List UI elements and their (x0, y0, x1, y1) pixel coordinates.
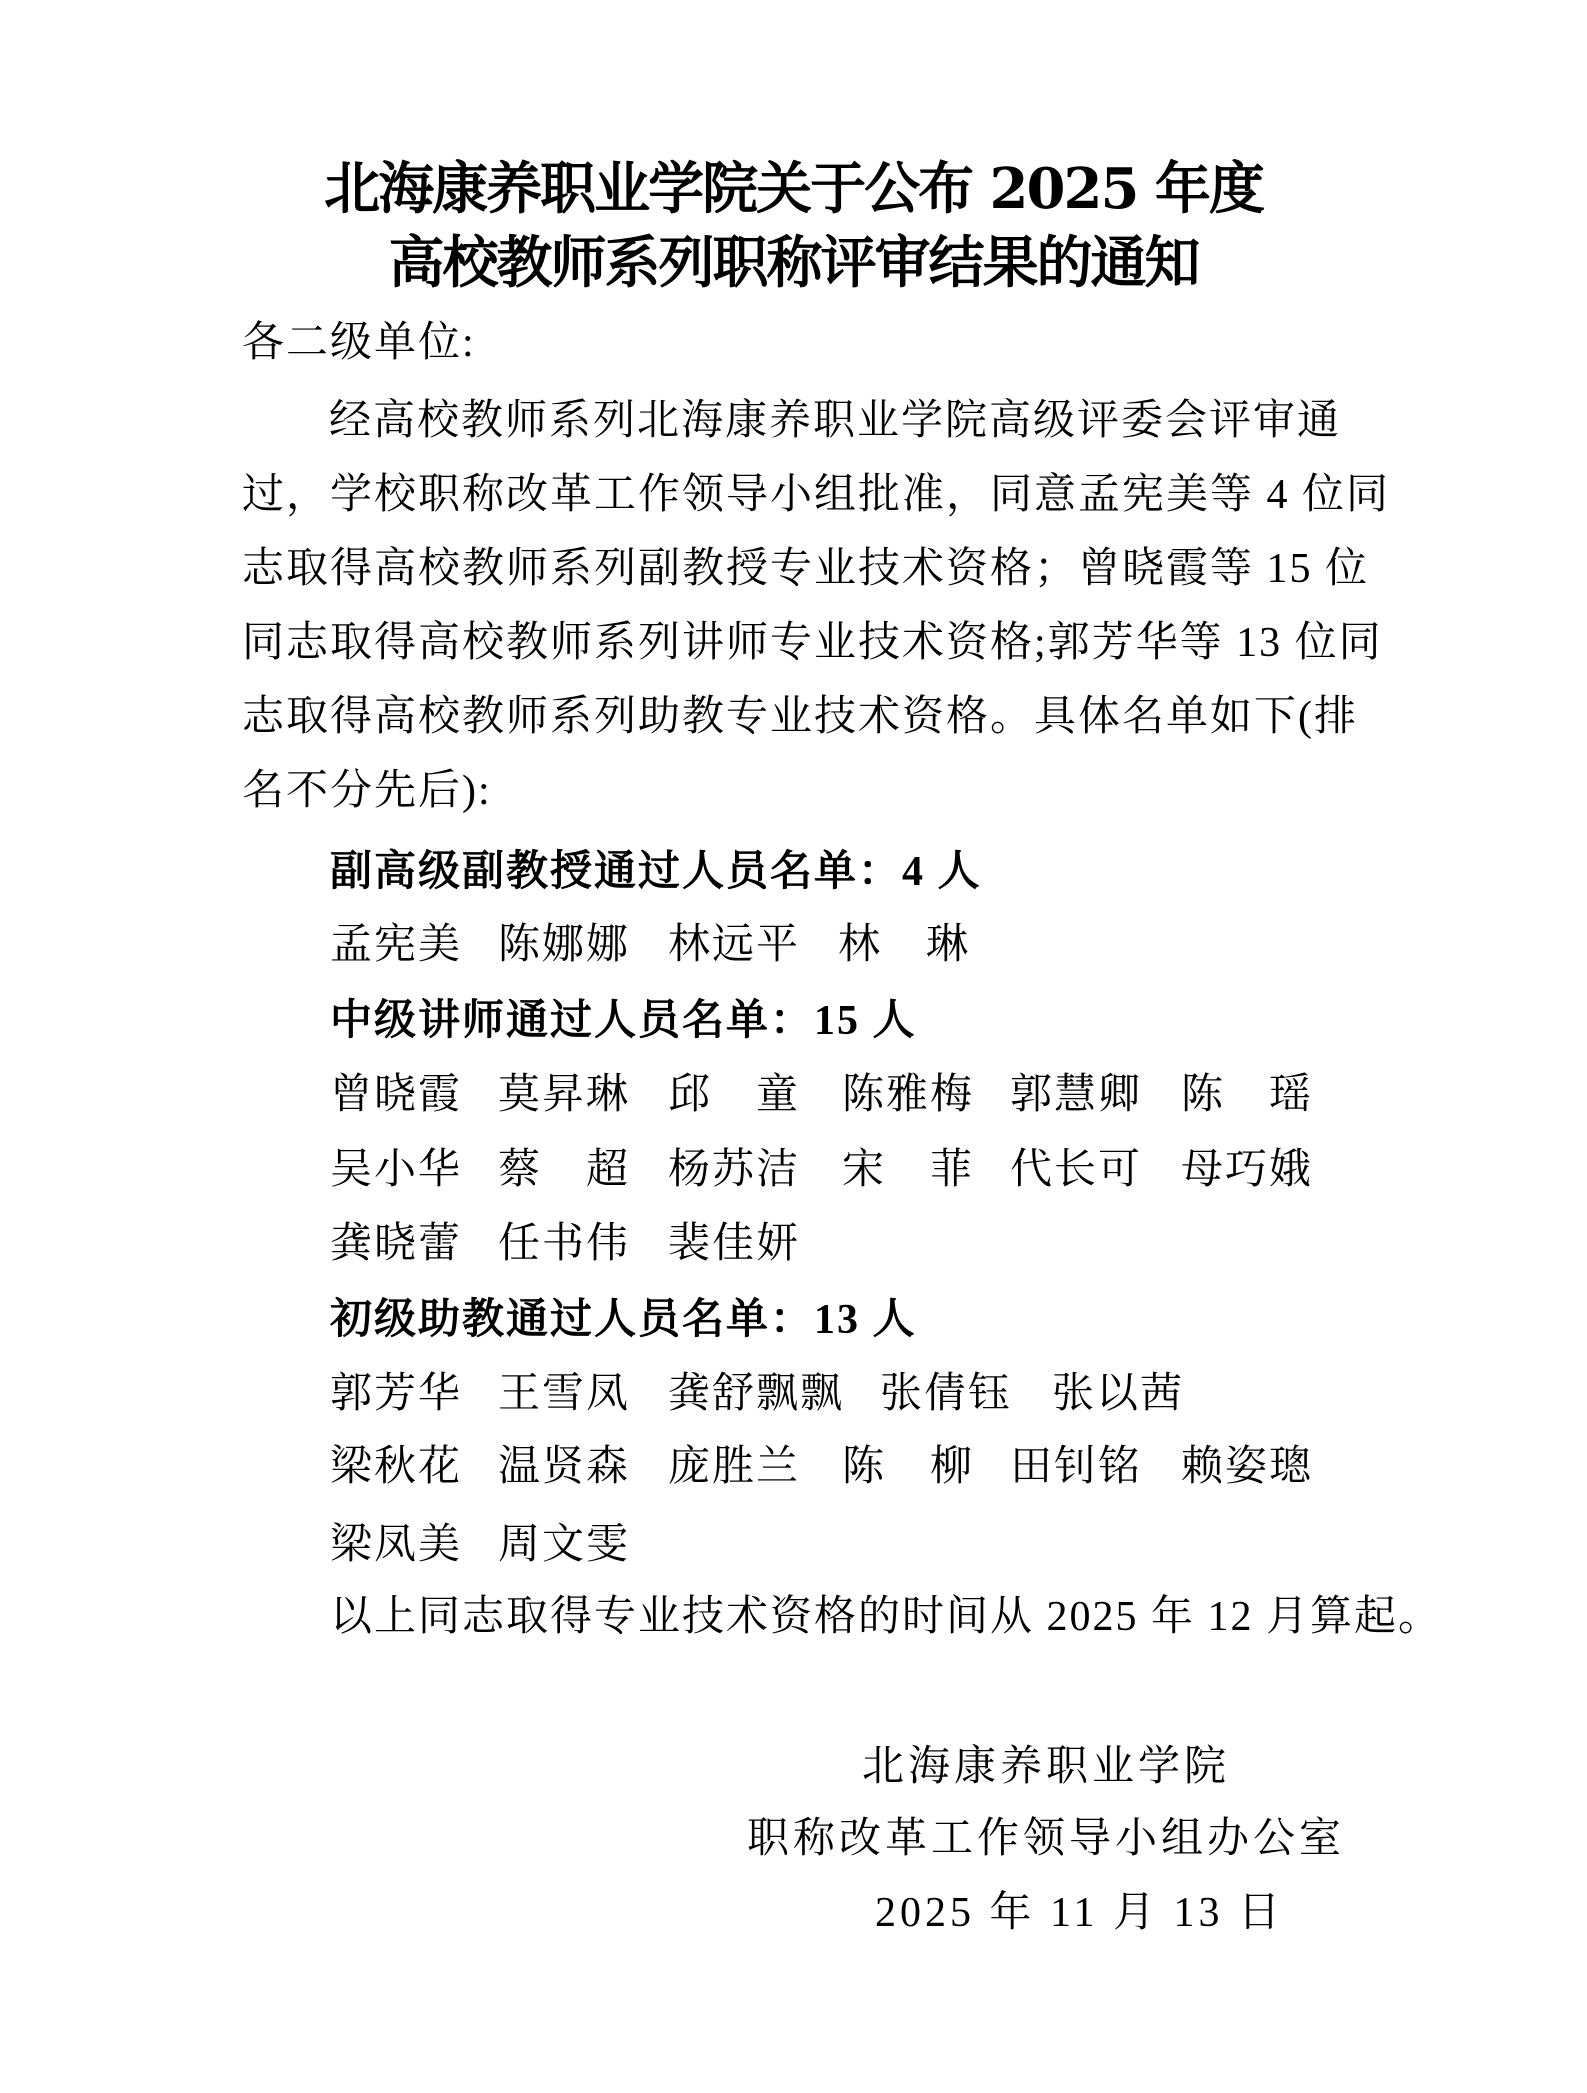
person-name: 周文雯 (498, 1508, 630, 1582)
document-title-line-2: 高校教师系列职称评审结果的通知 (0, 226, 1587, 300)
person-name: 陈娜娜 (498, 908, 630, 982)
person-name: 林远平 (668, 908, 800, 982)
person-name: 庞胜兰 (668, 1430, 800, 1504)
document-page: 北海康养职业学院关于公布 2025 年度 高校教师系列职称评审结果的通知 各二级… (0, 0, 1587, 2093)
person-name: 温贤森 (498, 1430, 630, 1504)
person-name: 吴小华 (330, 1133, 462, 1207)
person-name: 张以茜 (1052, 1357, 1184, 1431)
person-name: 曾晓霞 (330, 1058, 462, 1132)
person-name: 莫昇琳 (498, 1058, 630, 1132)
person-name: 孟宪美 (330, 908, 462, 982)
person-name: 裴佳妍 (668, 1207, 800, 1281)
person-name: 田钊铭 (1010, 1430, 1142, 1504)
section-heading: 初级助教通过人员名单：13 人 (330, 1283, 917, 1357)
paragraph-line: 志取得高校教师系列副教授专业技术资格；曾晓霞等 15 位 (242, 532, 1369, 606)
paragraph-line: 志取得高校教师系列助教专业技术资格。具体名单如下(排 (242, 680, 1358, 754)
section-heading: 中级讲师通过人员名单：15 人 (330, 984, 917, 1058)
person-name: 代长可 (1010, 1133, 1142, 1207)
document-title-line-1: 北海康养职业学院关于公布 2025 年度 (0, 152, 1587, 226)
person-name: 张倩钰 (880, 1357, 1012, 1431)
closing-statement: 以上同志取得专业技术资格的时间从 2025 年 12 月算起。 (330, 1580, 1442, 1654)
paragraph-line: 经高校教师系列北海康养职业学院高级评委会评审通 (329, 384, 1341, 458)
person-name: 蔡 超 (498, 1133, 630, 1207)
salutation: 各二级单位: (242, 306, 476, 380)
person-name: 陈雅梅 (842, 1058, 974, 1132)
paragraph-line: 名不分先后): (242, 754, 492, 828)
person-name: 郭慧卿 (1010, 1058, 1142, 1132)
section-heading: 副高级副教授通过人员名单：4 人 (330, 835, 982, 909)
person-name: 陈 柳 (842, 1430, 974, 1504)
paragraph-line: 同志取得高校教师系列讲师专业技术资格;郭芳华等 13 位同 (242, 606, 1383, 680)
person-name: 郭芳华 (330, 1357, 462, 1431)
person-name: 梁凤美 (330, 1508, 462, 1582)
person-name: 母巧娥 (1181, 1133, 1313, 1207)
signature-org: 北海康养职业学院 (862, 1730, 1230, 1804)
person-name: 林 琳 (838, 908, 970, 982)
person-name: 杨苏洁 (668, 1133, 800, 1207)
person-name: 王雪凤 (498, 1357, 630, 1431)
signature-date: 2025 年 11 月 13 日 (875, 1876, 1284, 1950)
paragraph-line: 过，学校职称改革工作领导小组批准，同意孟宪美等 4 位同 (242, 458, 1390, 532)
person-name: 梁秋花 (330, 1430, 462, 1504)
person-name: 龚舒飘飘 (668, 1357, 844, 1431)
person-name: 陈 瑶 (1181, 1058, 1313, 1132)
signature-office: 职称改革工作领导小组办公室 (747, 1802, 1345, 1876)
person-name: 邱 童 (668, 1058, 800, 1132)
person-name: 宋 菲 (842, 1133, 974, 1207)
person-name: 龚晓蕾 (330, 1207, 462, 1281)
person-name: 赖姿璁 (1181, 1430, 1313, 1504)
person-name: 任书伟 (498, 1207, 630, 1281)
